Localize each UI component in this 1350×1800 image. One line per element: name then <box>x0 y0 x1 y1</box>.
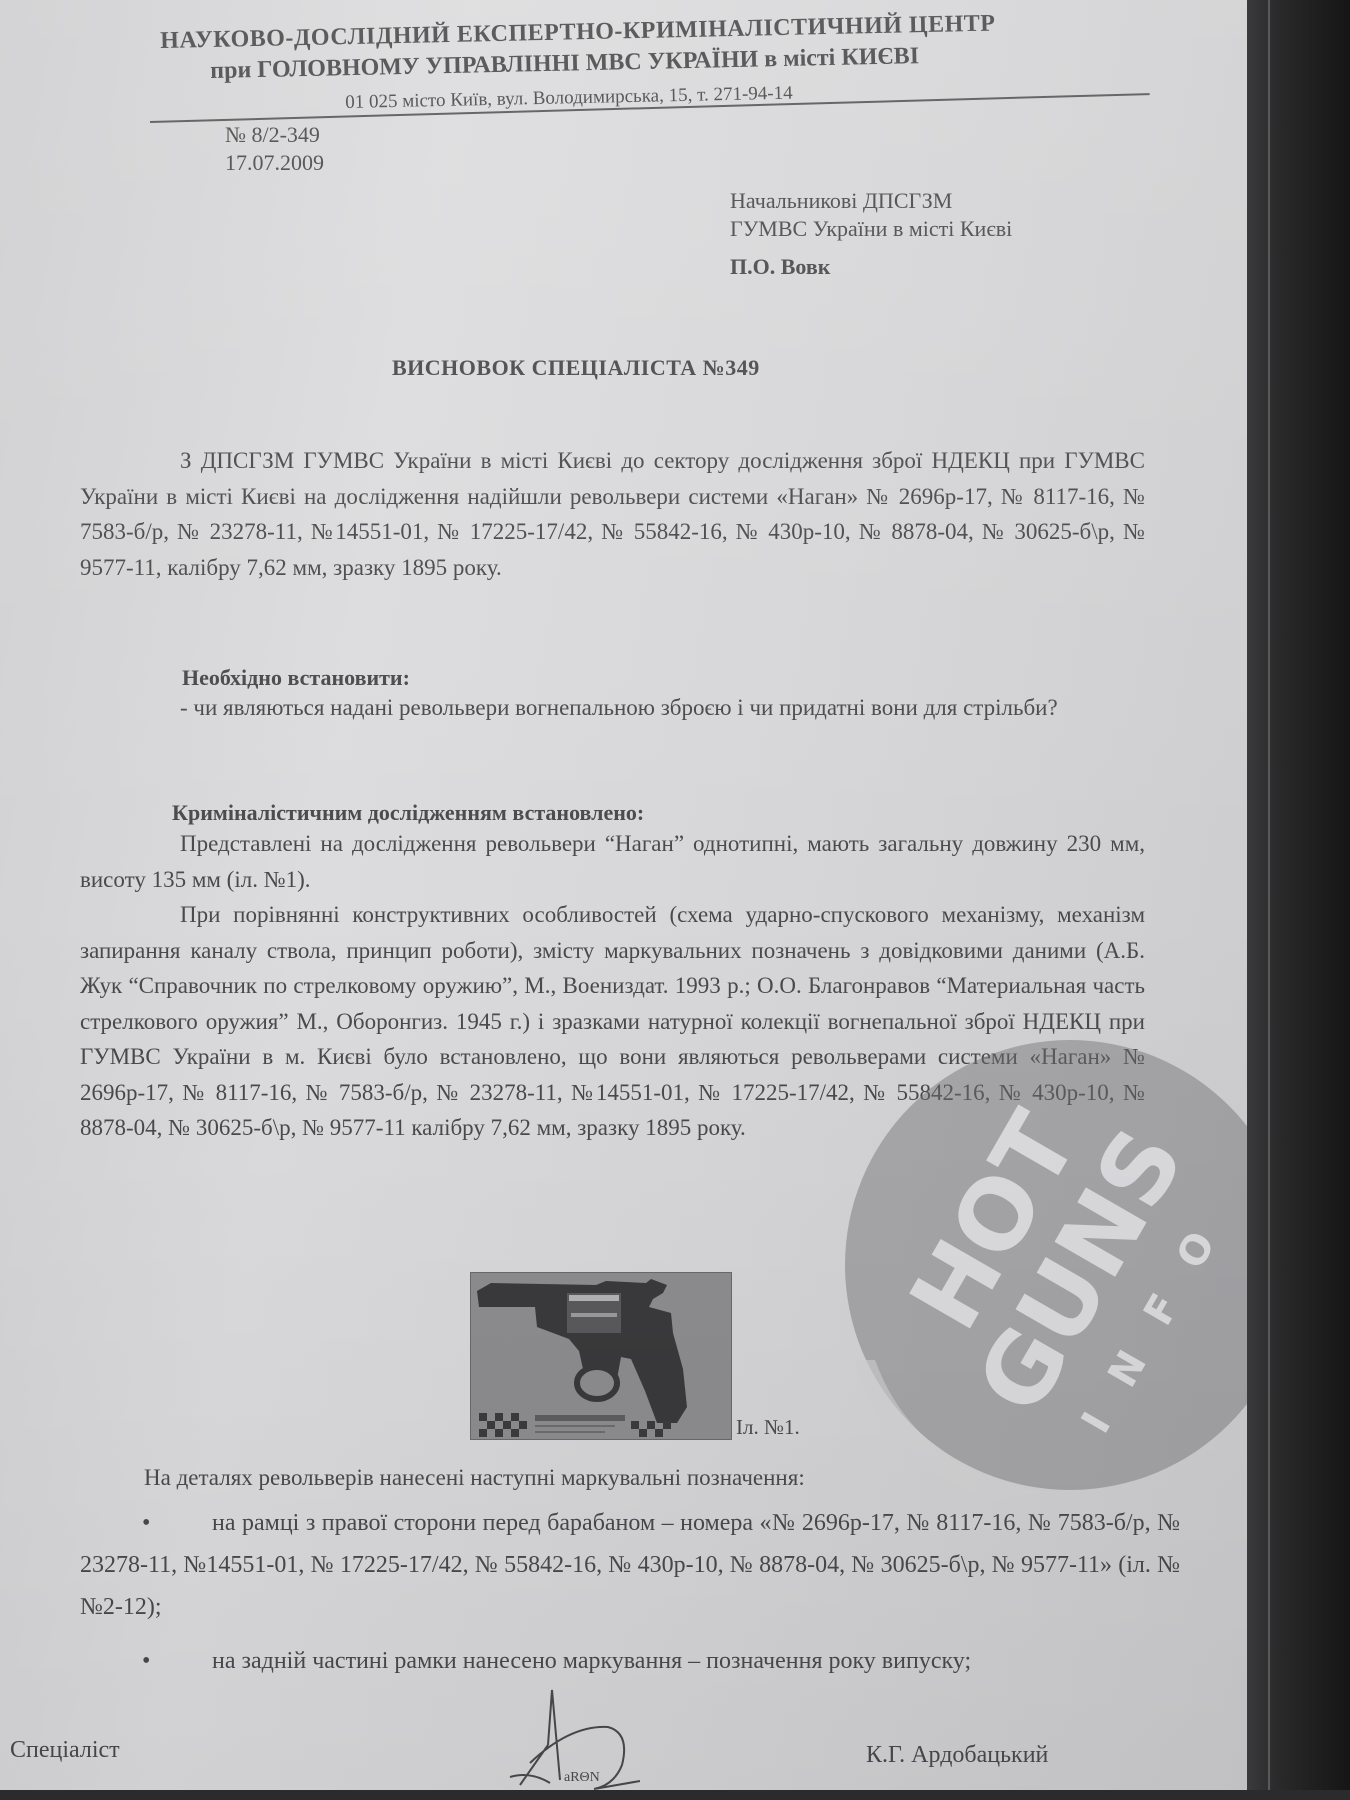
paper-edge-highlight <box>1268 0 1270 1800</box>
document-date: 17.07.2009 <box>225 150 324 176</box>
addressee-line-1: Начальникові ДПСГЗМ <box>730 188 952 214</box>
markings-intro: На деталях револьверів нанесені наступні… <box>144 1465 805 1490</box>
marking-text: на задній частині рамки нанесено маркува… <box>212 1648 971 1674</box>
illustration-caption: Іл. №1. <box>736 1415 800 1440</box>
question-paragraph: - чи являються надані револьвери вогнепа… <box>80 690 1145 726</box>
dark-background-bottom <box>0 1790 1350 1800</box>
question-heading: Необхідно встановити: <box>182 665 410 691</box>
hot-guns-info-watermark-logo: HOT GUNS INFO <box>835 1030 1305 1500</box>
intro-text: З ДПСГЗМ ГУМВС України в місті Києві до … <box>80 448 1145 580</box>
signatory-name: К.Г. Ардобацький <box>866 1742 1048 1769</box>
addressee-name: П.О. Вовк <box>730 254 830 280</box>
bullet-icon: • <box>80 1640 212 1682</box>
document-page: НАУКОВО-ДОСЛІДНИЙ ЕКСПЕРТНО-КРИМІНАЛІСТИ… <box>0 0 1247 1790</box>
revolver-photo <box>470 1272 732 1440</box>
question-text: - чи являються надані револьвери вогнепа… <box>180 695 1058 720</box>
svg-text:aRΘN: aRΘN <box>564 1770 600 1785</box>
bullet-icon: • <box>80 1502 212 1544</box>
dark-background-edge <box>1247 0 1350 1800</box>
addressee-line-2: ГУМВС України в місті Києві <box>730 216 1012 242</box>
document-number: № 8/2-349 <box>225 122 320 148</box>
marking-list-item: •на задній частині рамки нанесено маркув… <box>80 1640 1180 1682</box>
intro-paragraph: З ДПСГЗМ ГУМВС України в місті Києві до … <box>80 443 1145 585</box>
handwritten-signature-icon: aRΘN <box>490 1685 670 1795</box>
findings-heading: Криміналістичним дослідженням встановлен… <box>172 800 644 826</box>
marking-list-item: •на рамці з правої сторони перед барабан… <box>80 1502 1180 1628</box>
findings-text-1: Представлені на дослідження револьвери “… <box>80 831 1145 892</box>
signature-role: Спеціаліст <box>10 1737 120 1764</box>
revolver-icon <box>471 1273 731 1439</box>
document-title: ВИСНОВОК СПЕЦІАЛІСТА №349 <box>392 355 760 381</box>
marking-text: на рамці з правої сторони перед барабано… <box>80 1510 1180 1620</box>
